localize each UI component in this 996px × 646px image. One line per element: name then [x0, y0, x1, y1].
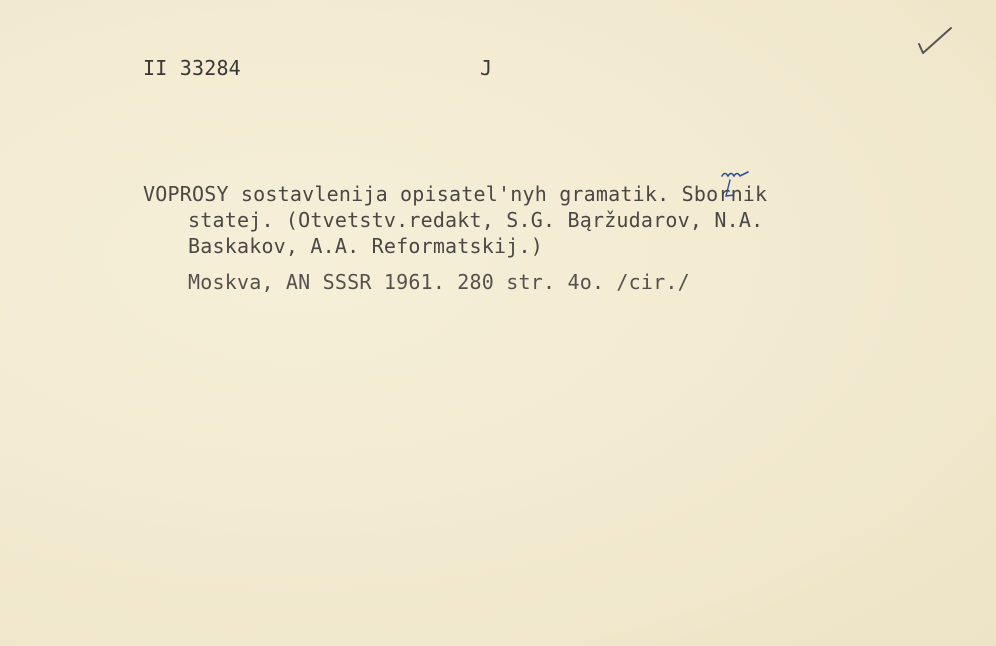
entry-imprint: Moskva, AN SSSR 1961. 280 str. 4o. /cir.…: [188, 270, 690, 294]
entry-editors-line: statej. (Otvetstv.redakt, S.G. Bąržudaro…: [188, 208, 763, 232]
call-number: II 33284: [143, 56, 241, 80]
language-mark: J: [480, 56, 492, 80]
entry-title-line: VOPROSY sostavlenija opisatel'nyh gramat…: [143, 182, 767, 206]
entry-editors-line-cont: Baskakov, A.A. Reformatskij.): [188, 234, 543, 258]
handwritten-correction-icon: [718, 168, 754, 198]
catalog-card: II 33284 J VOPROSY sostavlenija opisatel…: [0, 0, 996, 646]
checkmark-icon: [915, 22, 957, 58]
